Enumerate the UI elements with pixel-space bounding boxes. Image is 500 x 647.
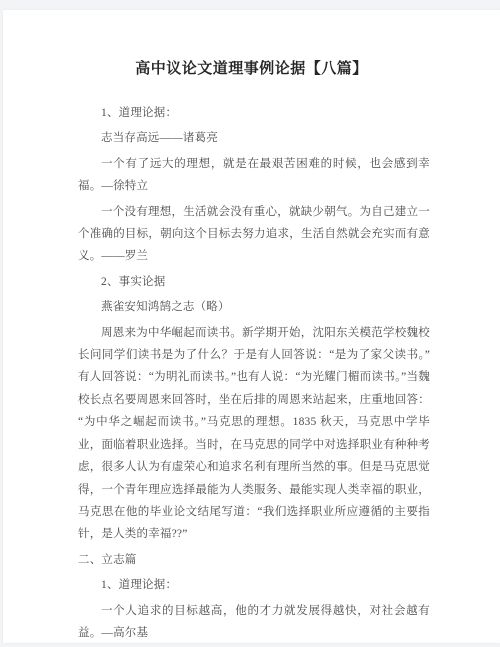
- paragraph: 燕雀安知鸿鹄之志（略）: [78, 296, 430, 318]
- paragraph: 1、道理论据：: [78, 102, 430, 124]
- document-body: 1、道理论据：志当存高远——诸葛亮一个有了远大的理想，就是在最艰苦困难的时候，也…: [78, 102, 430, 644]
- document-title: 高中议论文道理事例论据【八篇】: [3, 57, 500, 81]
- paragraph: 二、立志篇: [78, 549, 430, 571]
- paragraph: 一个有了远大的理想，就是在最艰苦困难的时候，也会感到幸福。—徐特立: [78, 153, 430, 198]
- paragraph: 一个没有理想，生活就会没有重心，就缺少朝气。为自己建立一个准确的目标，朝向这个目…: [78, 201, 430, 268]
- paragraph: 周恩来为中华崛起而读书。新学期开始，沈阳东关模范学校魏校长问同学们读书是为了什么…: [78, 322, 430, 546]
- paragraph: 2、事实论据: [78, 271, 430, 293]
- paragraph: 一个人追求的目标越高，他的才力就发展得越快，对社会越有益。—高尔基: [78, 600, 430, 645]
- paragraph: 志当存高远——诸葛亮: [78, 127, 430, 149]
- paragraph: 1、道理论据：: [78, 574, 430, 596]
- screenshot-root: 高中议论文道理事例论据【八篇】 1、道理论据：志当存高远——诸葛亮一个有了远大的…: [0, 0, 500, 647]
- document-page: 高中议论文道理事例论据【八篇】 1、道理论据：志当存高远——诸葛亮一个有了远大的…: [3, 10, 500, 643]
